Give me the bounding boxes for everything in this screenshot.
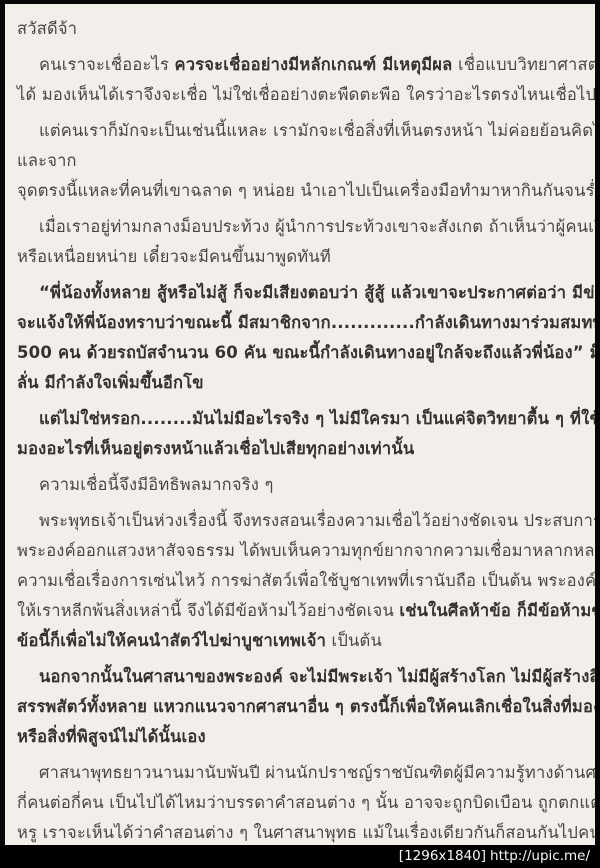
document-page: สวัสดีจ้า คนเราจะเชื่ออะไร ควรจะเชื่ออย่… bbox=[5, 4, 595, 845]
text-line: ความเชื่อนี้จึงมีอิทธิพลมากจริง ๆ bbox=[17, 470, 589, 500]
bold-text-segment: นอกจากนั้นในศาสนาของพระองค์ จะไม่มีพระเจ… bbox=[39, 667, 595, 686]
bold-text-segment: ข้อนี้ก็เพื่อไม่ให้คนนำสัตว์ไปฆ่าบูชาเทพ… bbox=[17, 631, 326, 650]
text-line: จุดตรงนี้แหละที่คนที่เขาฉลาด ๆ หน่อย นำเ… bbox=[17, 176, 589, 206]
text-segment: กี่คนต่อกี่คน เป็นไปได้ไหมว่าบรรดาคำสอนต… bbox=[17, 793, 595, 812]
watermark-bar: [1296x1840] http://upic.me/ bbox=[0, 845, 600, 868]
bold-text-segment: มองอะไรที่เห็นอยู่ตรงหน้าแล้วเชื่อไปเสีย… bbox=[17, 439, 414, 458]
text-line: ศาสนาพุทธยาวนานมานับพันปี ผ่านนักปราชญ์ร… bbox=[17, 758, 589, 788]
text-line: หรือสิ่งที่พิสูจน์ไม่ได้นั้นเอง bbox=[17, 722, 589, 752]
bold-text-segment: หรือสิ่งที่พิสูจน์ไม่ได้นั้นเอง bbox=[17, 727, 206, 746]
text-line: จะแจ้งให้พี่น้องทราบว่าขณะนี้ มีสมาชิกจา… bbox=[17, 308, 589, 338]
bold-text-segment: เช่นในศีลห้าข้อ ก็มีข้อห้ามฆ่าสัตว์ bbox=[399, 601, 595, 620]
bold-text-segment: จะแจ้งให้พี่น้องทราบว่าขณะนี้ มีสมาชิกจา… bbox=[17, 313, 595, 332]
bold-text-segment: ลั่น มีกำลังใจเพิ่มขึ้นอีกโข bbox=[17, 373, 204, 392]
bold-text-segment: ควรจะเชื่ออย่างมีหลักเกณฑ์ มีเหตุมีผล bbox=[175, 55, 453, 74]
text-segment: เป็นต้น bbox=[326, 631, 382, 650]
greeting-heading: สวัสดีจ้า bbox=[17, 14, 589, 44]
text-line: แต่ไม่ใช่หรอก........มันไม่มีอะไรจริง ๆ … bbox=[17, 404, 589, 434]
text-line: ได้ มองเห็นได้เราจึงจะเชื่อ ไม่ใช่เชื่ออ… bbox=[17, 80, 589, 110]
text-segment: พระพุทธเจ้าเป็นห่วงเรื่องนี้ จึงทรงสอนเร… bbox=[39, 511, 595, 530]
text-line: ลั่น มีกำลังใจเพิ่มขึ้นอีกโข bbox=[17, 368, 589, 398]
text-line: คนเราจะเชื่ออะไร ควรจะเชื่ออย่างมีหลักเก… bbox=[17, 50, 589, 80]
text-line: นอกจากนั้นในศาสนาของพระองค์ จะไม่มีพระเจ… bbox=[17, 662, 589, 692]
text-segment: ความเชื่อนี้จึงมีอิทธิพลมากจริง ๆ bbox=[39, 475, 274, 494]
bold-text-segment: 500 คน ด้วยรถบัสจำนวน 60 คัน ขณะนี้กำลัง… bbox=[17, 343, 595, 362]
text-line: เมื่อเราอยู่ท่ามกลางม็อบประท้วง ผู้นำการ… bbox=[17, 212, 589, 242]
text-line: ข้อนี้ก็เพื่อไม่ให้คนนำสัตว์ไปฆ่าบูชาเทพ… bbox=[17, 626, 589, 656]
text-line: หรู เราจะเห็นได้ว่าคำสอนต่าง ๆ ในศาสนาพุ… bbox=[17, 818, 589, 845]
watermark-resolution: [1296x1840] bbox=[399, 845, 486, 868]
text-segment: ได้ มองเห็นได้เราจึงจะเชื่อ ไม่ใช่เชื่ออ… bbox=[17, 85, 595, 104]
text-segment: แต่คนเราก็มักจะเป็นเช่นนี้แหละ เรามักจะเ… bbox=[39, 121, 595, 140]
watermark-url[interactable]: http://upic.me/ bbox=[490, 845, 590, 868]
bold-text-segment: สรรพสัตว์ทั้งหลาย แหวกแนวจากศาสนาอื่น ๆ … bbox=[17, 697, 595, 716]
text-segment: ความเชื่อเรื่องการเซ่นไหว้ การฆ่าสัตว์เพ… bbox=[17, 571, 595, 590]
text-segment: คนเราจะเชื่ออะไร bbox=[39, 55, 175, 74]
text-line: แต่คนเราก็มักจะเป็นเช่นนี้แหละ เรามักจะเ… bbox=[17, 116, 589, 146]
bold-text-segment: แต่ไม่ใช่หรอก........มันไม่มีอะไรจริง ๆ … bbox=[39, 409, 595, 428]
text-line: ให้เราหลีกพ้นสิ่งเหล่านี้ จึงได้มีข้อห้า… bbox=[17, 596, 589, 626]
text-segment: หรู เราจะเห็นได้ว่าคำสอนต่าง ๆ ในศาสนาพุ… bbox=[17, 823, 595, 842]
text-line: “พี่น้องทั้งหลาย สู้หรือไม่สู้ ก็จะมีเสี… bbox=[17, 278, 589, 308]
text-segment: หรือเหนื่อยหน่าย เดี๋ยวจะมีคนขึ้นมาพูดทั… bbox=[17, 247, 331, 266]
text-segment: จุดตรงนี้แหละที่คนที่เขาฉลาด ๆ หน่อย นำเ… bbox=[17, 181, 595, 200]
document-body: คนเราจะเชื่ออะไร ควรจะเชื่ออย่างมีหลักเก… bbox=[17, 50, 589, 845]
text-segment: เมื่อเราอยู่ท่ามกลางม็อบประท้วง ผู้นำการ… bbox=[39, 217, 595, 236]
text-segment: เชื่อแบบวิทยาศาสตร์ คือพิสูจน์ bbox=[453, 55, 596, 74]
text-segment: ให้เราหลีกพ้นสิ่งเหล่านี้ จึงได้มีข้อห้า… bbox=[17, 601, 399, 620]
text-line: มองอะไรที่เห็นอยู่ตรงหน้าแล้วเชื่อไปเสีย… bbox=[17, 434, 589, 464]
text-line: ความเชื่อเรื่องการเซ่นไหว้ การฆ่าสัตว์เพ… bbox=[17, 566, 589, 596]
text-line: กี่คนต่อกี่คน เป็นไปได้ไหมว่าบรรดาคำสอนต… bbox=[17, 788, 589, 818]
text-line: พระองค์ออกแสวงหาสัจจธรรม ได้พบเห็นความทุ… bbox=[17, 536, 589, 566]
text-line: พระพุทธเจ้าเป็นห่วงเรื่องนี้ จึงทรงสอนเร… bbox=[17, 506, 589, 536]
text-line: และจาก bbox=[17, 146, 589, 176]
scanned-page-frame: สวัสดีจ้า คนเราจะเชื่ออะไร ควรจะเชื่ออย่… bbox=[0, 0, 600, 868]
bold-text-segment: “พี่น้องทั้งหลาย สู้หรือไม่สู้ ก็จะมีเสี… bbox=[39, 283, 595, 302]
text-line: 500 คน ด้วยรถบัสจำนวน 60 คัน ขณะนี้กำลัง… bbox=[17, 338, 589, 368]
text-segment: และจาก bbox=[17, 151, 77, 170]
text-line: หรือเหนื่อยหน่าย เดี๋ยวจะมีคนขึ้นมาพูดทั… bbox=[17, 242, 589, 272]
text-segment: พระองค์ออกแสวงหาสัจจธรรม ได้พบเห็นความทุ… bbox=[17, 541, 595, 560]
text-segment: ศาสนาพุทธยาวนานมานับพันปี ผ่านนักปราชญ์ร… bbox=[39, 763, 595, 782]
text-line: สรรพสัตว์ทั้งหลาย แหวกแนวจากศาสนาอื่น ๆ … bbox=[17, 692, 589, 722]
